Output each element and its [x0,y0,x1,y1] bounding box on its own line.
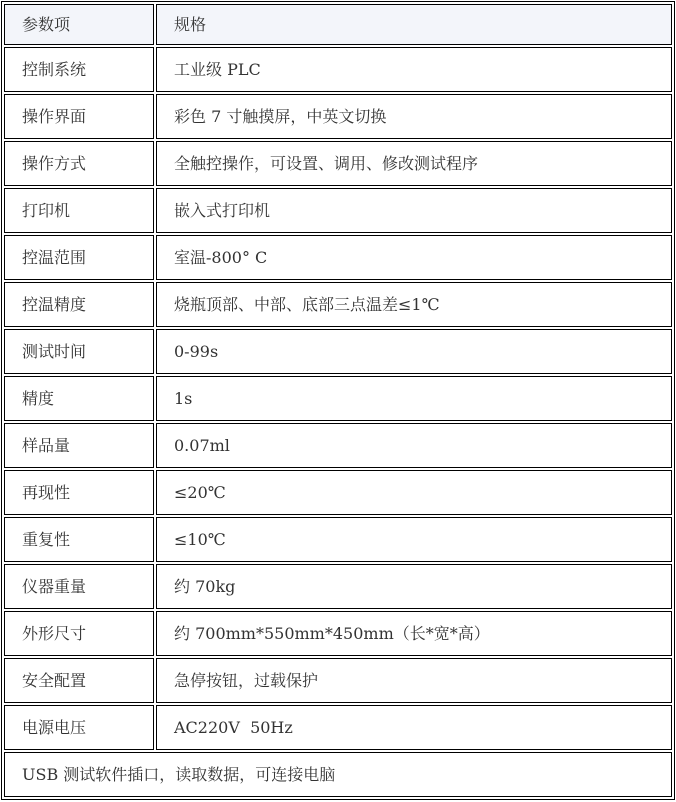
param-cell: 控温范围 [4,235,154,280]
spec-cell: ≤10℃ [156,517,672,562]
param-cell: 仪器重量 [4,564,154,609]
param-cell: 样品量 [4,423,154,468]
table-header-row: 参数项 规格 [4,4,672,45]
param-cell: 操作界面 [4,94,154,139]
table-footer-row: USB 测试软件插口，读取数据，可连接电脑 [4,752,672,797]
table-row: 操作界面 彩色 7 寸触摸屏，中英文切换 [4,94,672,139]
param-cell: 外形尺寸 [4,611,154,656]
table-row: 控制系统 工业级 PLC [4,47,672,92]
spec-cell: 1s [156,376,672,421]
spec-cell: 0-99s [156,329,672,374]
spec-cell: AC220V 50Hz [156,705,672,750]
table-row: 电源电压 AC220V 50Hz [4,705,672,750]
spec-cell: 烧瓶顶部、中部、底部三点温差≤1℃ [156,282,672,327]
table-row: 精度 1s [4,376,672,421]
param-cell: 重复性 [4,517,154,562]
table-row: 再现性 ≤20℃ [4,470,672,515]
spec-cell: 急停按钮，过载保护 [156,658,672,703]
header-param: 参数项 [4,4,154,45]
param-cell: 打印机 [4,188,154,233]
table-row: 测试时间 0-99s [4,329,672,374]
table-row: 样品量 0.07ml [4,423,672,468]
table-row: 外形尺寸 约 700mm*550mm*450mm（长*宽*高） [4,611,672,656]
param-cell: 控温精度 [4,282,154,327]
param-cell: 精度 [4,376,154,421]
spec-cell: 全触控操作，可设置、调用、修改测试程序 [156,141,672,186]
spec-cell: 室温-800° C [156,235,672,280]
spec-cell: 工业级 PLC [156,47,672,92]
spec-cell: 0.07ml [156,423,672,468]
spec-cell: 约 70kg [156,564,672,609]
param-cell: 控制系统 [4,47,154,92]
spec-cell: 彩色 7 寸触摸屏，中英文切换 [156,94,672,139]
spec-cell: 嵌入式打印机 [156,188,672,233]
param-cell: 电源电压 [4,705,154,750]
param-cell: 安全配置 [4,658,154,703]
param-cell: 再现性 [4,470,154,515]
table-row: 控温范围 室温-800° C [4,235,672,280]
table-row: 重复性 ≤10℃ [4,517,672,562]
footer-note: USB 测试软件插口，读取数据，可连接电脑 [4,752,672,797]
table-row: 打印机 嵌入式打印机 [4,188,672,233]
param-cell: 操作方式 [4,141,154,186]
table-row: 仪器重量 约 70kg [4,564,672,609]
param-cell: 测试时间 [4,329,154,374]
header-spec: 规格 [156,4,672,45]
table-row: 安全配置 急停按钮，过载保护 [4,658,672,703]
table-row: 操作方式 全触控操作，可设置、调用、修改测试程序 [4,141,672,186]
spec-table: 参数项 规格 控制系统 工业级 PLC 操作界面 彩色 7 寸触摸屏，中英文切换… [1,1,675,800]
spec-cell: ≤20℃ [156,470,672,515]
spec-cell: 约 700mm*550mm*450mm（长*宽*高） [156,611,672,656]
table-row: 控温精度 烧瓶顶部、中部、底部三点温差≤1℃ [4,282,672,327]
